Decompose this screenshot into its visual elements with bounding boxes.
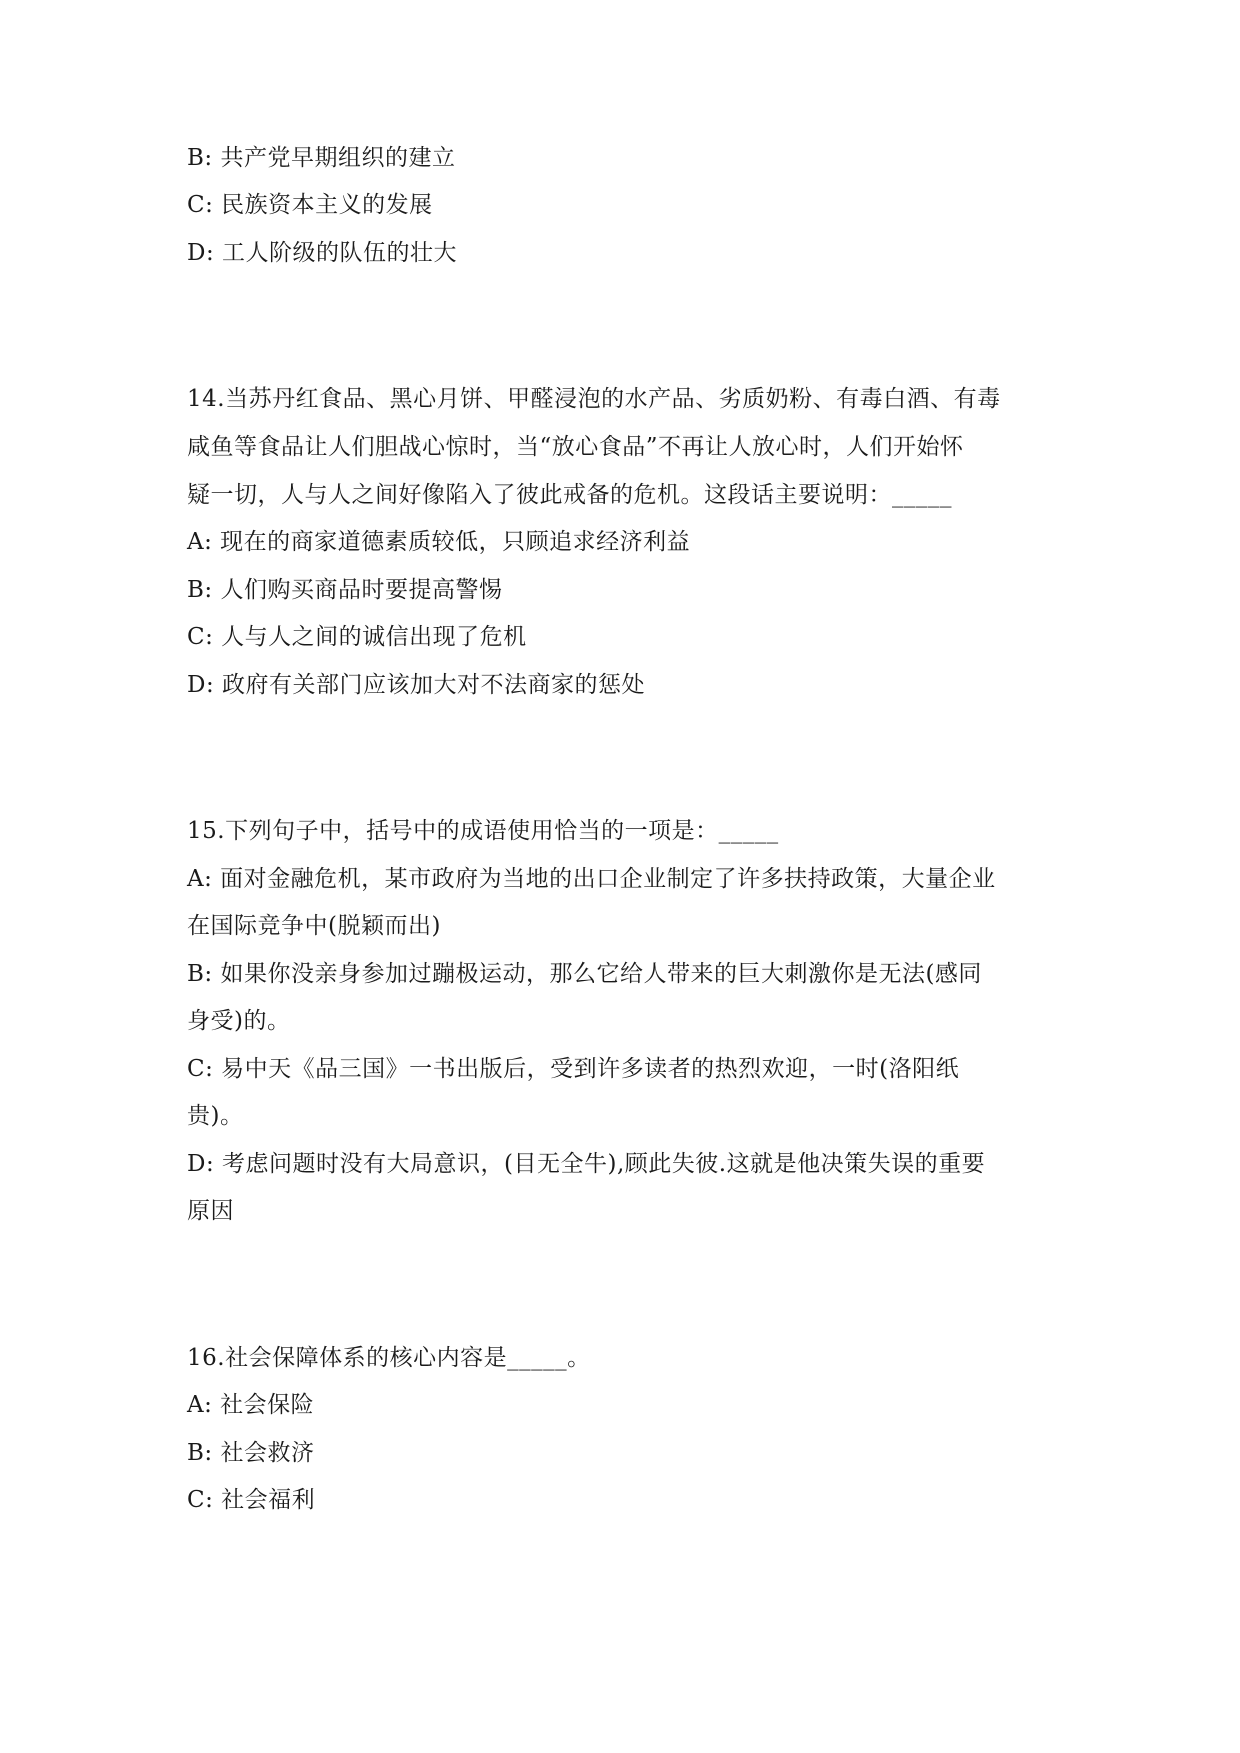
q15-option-d-line-1: D: 考虑问题时没有大局意识，(目无全牛),顾此失彼.这就是他决策失误的重要: [187, 1149, 985, 1179]
q15-option-a-line-2: 在国际竞争中(脱颖而出): [187, 911, 441, 941]
q15-option-a-line-1: A: 面对金融危机，某市政府为当地的出口企业制定了许多扶持政策，大量企业: [187, 864, 996, 894]
q15-option-b-line-2: 身受)的。: [187, 1006, 290, 1036]
q15-option-b-line-1: B: 如果你没亲身参加过蹦极运动，那么它给人带来的巨大刺激你是无法(感同: [187, 959, 982, 989]
q15-option-d-line-2: 原因: [187, 1196, 234, 1226]
q13-option-d: D: 工人阶级的队伍的壮大: [187, 238, 457, 268]
q16-option-a: A: 社会保险: [187, 1390, 314, 1420]
q14-stem-line-2: 咸鱼等食品让人们胆战心惊时，当“放心食品”不再让人放心时，人们开始怀: [187, 432, 964, 462]
q16-option-c: C: 社会福利: [187, 1485, 315, 1515]
q13-option-c: C: 民族资本主义的发展: [187, 190, 433, 220]
q14-option-c: C: 人与人之间的诚信出现了危机: [187, 622, 527, 652]
q15-option-c-line-1: C: 易中天《品三国》一书出版后，受到许多读者的热烈欢迎，一时(洛阳纸: [187, 1054, 959, 1084]
q14-option-b: B: 人们购买商品时要提高警惕: [187, 575, 502, 605]
q14-option-d: D: 政府有关部门应该加大对不法商家的惩处: [187, 670, 645, 700]
q14-stem-line-1: 14.当苏丹红食品、黑心月饼、甲醛浸泡的水产品、劣质奶粉、有毒白酒、有毒: [187, 384, 1001, 414]
q14-stem-line-3: 疑一切，人与人之间好像陷入了彼此戒备的危机。这段话主要说明：_____: [187, 480, 952, 510]
q15-option-c-line-2: 贵)。: [187, 1101, 243, 1131]
q15-stem-line-1: 15.下列句子中，括号中的成语使用恰当的一项是：_____: [187, 816, 779, 846]
q16-stem-line-1: 16.社会保障体系的核心内容是_____。: [187, 1343, 591, 1373]
q13-option-b: B: 共产党早期组织的建立: [187, 143, 455, 173]
q16-option-b: B: 社会救济: [187, 1438, 314, 1468]
q14-option-a: A: 现在的商家道德素质较低，只顾追求经济利益: [187, 527, 690, 557]
